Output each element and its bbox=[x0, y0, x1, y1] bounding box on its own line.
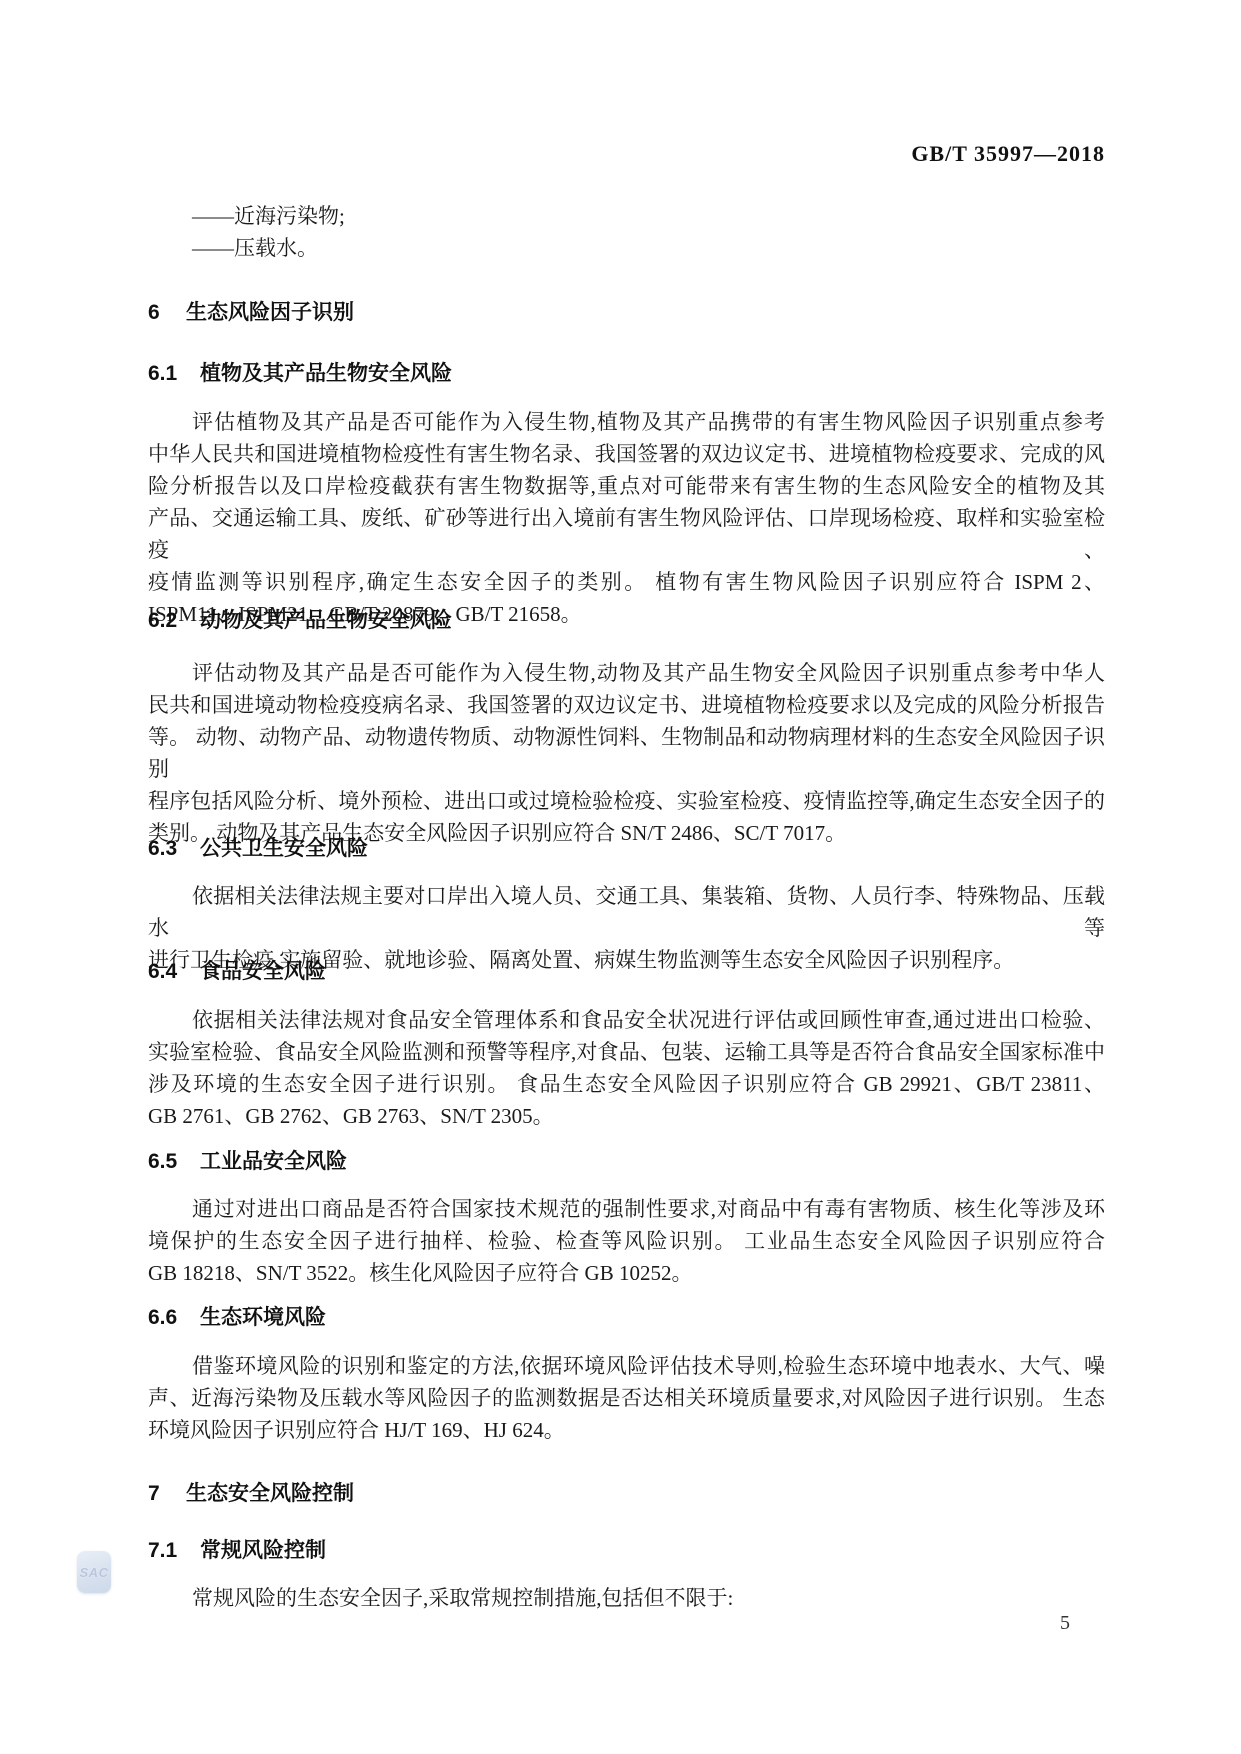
page-number: 5 bbox=[1060, 1609, 1090, 1637]
paragraph-line: 依据相关法律法规对食品安全管理体系和食品安全状况进行评估或回顾性审查,通过进出口… bbox=[148, 1004, 1105, 1036]
section-title: 生态安全风险控制 bbox=[186, 1482, 354, 1505]
section-number: 6.1 bbox=[148, 358, 200, 390]
paragraph-line: 评估植物及其产品是否可能作为入侵生物,植物及其产品携带的有害生物风险因子识别重点… bbox=[148, 406, 1105, 438]
paragraph-line: 评估动物及其产品是否可能作为入侵生物,动物及其产品生物安全风险因子识别重点参考中… bbox=[148, 657, 1105, 689]
section-heading-6: 6生态风险因子识别 bbox=[148, 297, 1105, 329]
paragraph-line: 境保护的生态安全因子进行抽样、检验、检查等风险识别。 工业品生态安全风险因子识别… bbox=[148, 1225, 1105, 1257]
paragraph-line: 中华人民共和国进境植物检疫性有害生物名录、我国签署的双边议定书、进境植物检疫要求… bbox=[148, 438, 1105, 470]
sac-logo-text: SAC bbox=[80, 1565, 109, 1580]
section-title: 动物及其产品生物安全风险 bbox=[200, 609, 452, 632]
section-title: 常规风险控制 bbox=[200, 1539, 326, 1562]
paragraph-line: 通过对进出口商品是否符合国家技术规范的强制性要求,对商品中有毒有害物质、核生化等… bbox=[148, 1193, 1105, 1225]
paragraph-line: 险分析报告以及口岸检疫截获有害生物数据等,重点对可能带来有害生物的生态风险安全的… bbox=[148, 470, 1105, 502]
section-number: 7 bbox=[148, 1478, 186, 1510]
section-7-1-paragraph: 常规风险的生态安全因子,采取常规控制措施,包括但不限于: bbox=[148, 1582, 1105, 1614]
list-item: ——压载水。 bbox=[148, 232, 1105, 264]
section-heading-6-5: 6.5工业品安全风险 bbox=[148, 1146, 1105, 1178]
section-title: 生态风险因子识别 bbox=[186, 301, 354, 324]
document-number-header: GB/T 35997—2018 bbox=[148, 138, 1105, 170]
section-6-1-paragraph: 评估植物及其产品是否可能作为入侵生物,植物及其产品携带的有害生物风险因子识别重点… bbox=[148, 406, 1105, 630]
paragraph-line: 民共和国进境动物检疫疫病名录、我国签署的双边议定书、进境植物检疫要求以及完成的风… bbox=[148, 689, 1105, 721]
section-number: 6.5 bbox=[148, 1146, 200, 1178]
document-page: GB/T 35997—2018 ——近海污染物; ——压载水。 6生态风险因子识… bbox=[0, 0, 1241, 1754]
section-heading-7: 7生态安全风险控制 bbox=[148, 1478, 1105, 1510]
section-6-6-paragraph: 借鉴环境风险的识别和鉴定的方法,依据环境风险评估技术导则,检验生态环境中地表水、… bbox=[148, 1350, 1105, 1446]
section-title: 植物及其产品生物安全风险 bbox=[200, 362, 452, 385]
section-title: 生态环境风险 bbox=[200, 1306, 326, 1329]
paragraph-line: 等。 动物、动物产品、动物遗传物质、动物源性饲料、生物制品和动物病理材料的生态安… bbox=[148, 721, 1105, 785]
section-title: 公共卫生安全风险 bbox=[200, 837, 368, 860]
paragraph-line: 实验室检验、食品安全风险监测和预警等程序,对食品、包装、运输工具等是否符合食品安… bbox=[148, 1036, 1105, 1068]
section-number: 6 bbox=[148, 297, 186, 329]
section-heading-6-3: 6.3公共卫生安全风险 bbox=[148, 833, 1105, 865]
paragraph-line: 依据相关法律法规主要对口岸出入境人员、交通工具、集装箱、货物、人员行李、特殊物品… bbox=[148, 880, 1105, 944]
section-title: 食品安全风险 bbox=[200, 960, 326, 983]
section-number: 7.1 bbox=[148, 1535, 200, 1567]
section-heading-7-1: 7.1常规风险控制 bbox=[148, 1535, 1105, 1567]
section-title: 工业品安全风险 bbox=[200, 1150, 347, 1173]
list-item: ——近海污染物; bbox=[148, 200, 1105, 232]
paragraph-line: 环境风险因子识别应符合 HJ/T 169、HJ 624。 bbox=[148, 1414, 1105, 1446]
section-number: 6.2 bbox=[148, 605, 200, 637]
section-heading-6-2: 6.2动物及其产品生物安全风险 bbox=[148, 605, 1105, 637]
paragraph-line: 疫情监测等识别程序,确定生态安全因子的类别。 植物有害生物风险因子识别应符合 I… bbox=[148, 566, 1105, 598]
section-number: 6.3 bbox=[148, 833, 200, 865]
paragraph-line: 产品、交通运输工具、废纸、矿砂等进行出入境前有害生物风险评估、口岸现场检疫、取样… bbox=[148, 502, 1105, 566]
section-heading-6-1: 6.1植物及其产品生物安全风险 bbox=[148, 358, 1105, 390]
dash-list: ——近海污染物; ——压载水。 bbox=[148, 200, 1105, 264]
paragraph-line: 涉及环境的生态安全因子进行识别。 食品生态安全风险因子识别应符合 GB 2992… bbox=[148, 1068, 1105, 1100]
paragraph-line: 程序包括风险分析、境外预检、进出口或过境检验检疫、实验室检疫、疫情监控等,确定生… bbox=[148, 785, 1105, 817]
paragraph-line: 借鉴环境风险的识别和鉴定的方法,依据环境风险评估技术导则,检验生态环境中地表水、… bbox=[148, 1350, 1105, 1382]
paragraph-line: GB 2761、GB 2762、GB 2763、SN/T 2305。 bbox=[148, 1100, 1105, 1132]
section-6-5-paragraph: 通过对进出口商品是否符合国家技术规范的强制性要求,对商品中有毒有害物质、核生化等… bbox=[148, 1193, 1105, 1289]
section-number: 6.4 bbox=[148, 956, 200, 988]
sac-watermark-logo: SAC bbox=[77, 1551, 111, 1593]
paragraph-line: 常规风险的生态安全因子,采取常规控制措施,包括但不限于: bbox=[148, 1582, 1105, 1614]
paragraph-line: 声、近海污染物及压载水等风险因子的监测数据是否达相关环境质量要求,对风险因子进行… bbox=[148, 1382, 1105, 1414]
section-number: 6.6 bbox=[148, 1302, 200, 1334]
section-6-2-paragraph: 评估动物及其产品是否可能作为入侵生物,动物及其产品生物安全风险因子识别重点参考中… bbox=[148, 657, 1105, 849]
paragraph-line: GB 18218、SN/T 3522。核生化风险因子应符合 GB 10252。 bbox=[148, 1257, 1105, 1289]
section-6-4-paragraph: 依据相关法律法规对食品安全管理体系和食品安全状况进行评估或回顾性审查,通过进出口… bbox=[148, 1004, 1105, 1132]
section-heading-6-6: 6.6生态环境风险 bbox=[148, 1302, 1105, 1334]
section-heading-6-4: 6.4食品安全风险 bbox=[148, 956, 1105, 988]
